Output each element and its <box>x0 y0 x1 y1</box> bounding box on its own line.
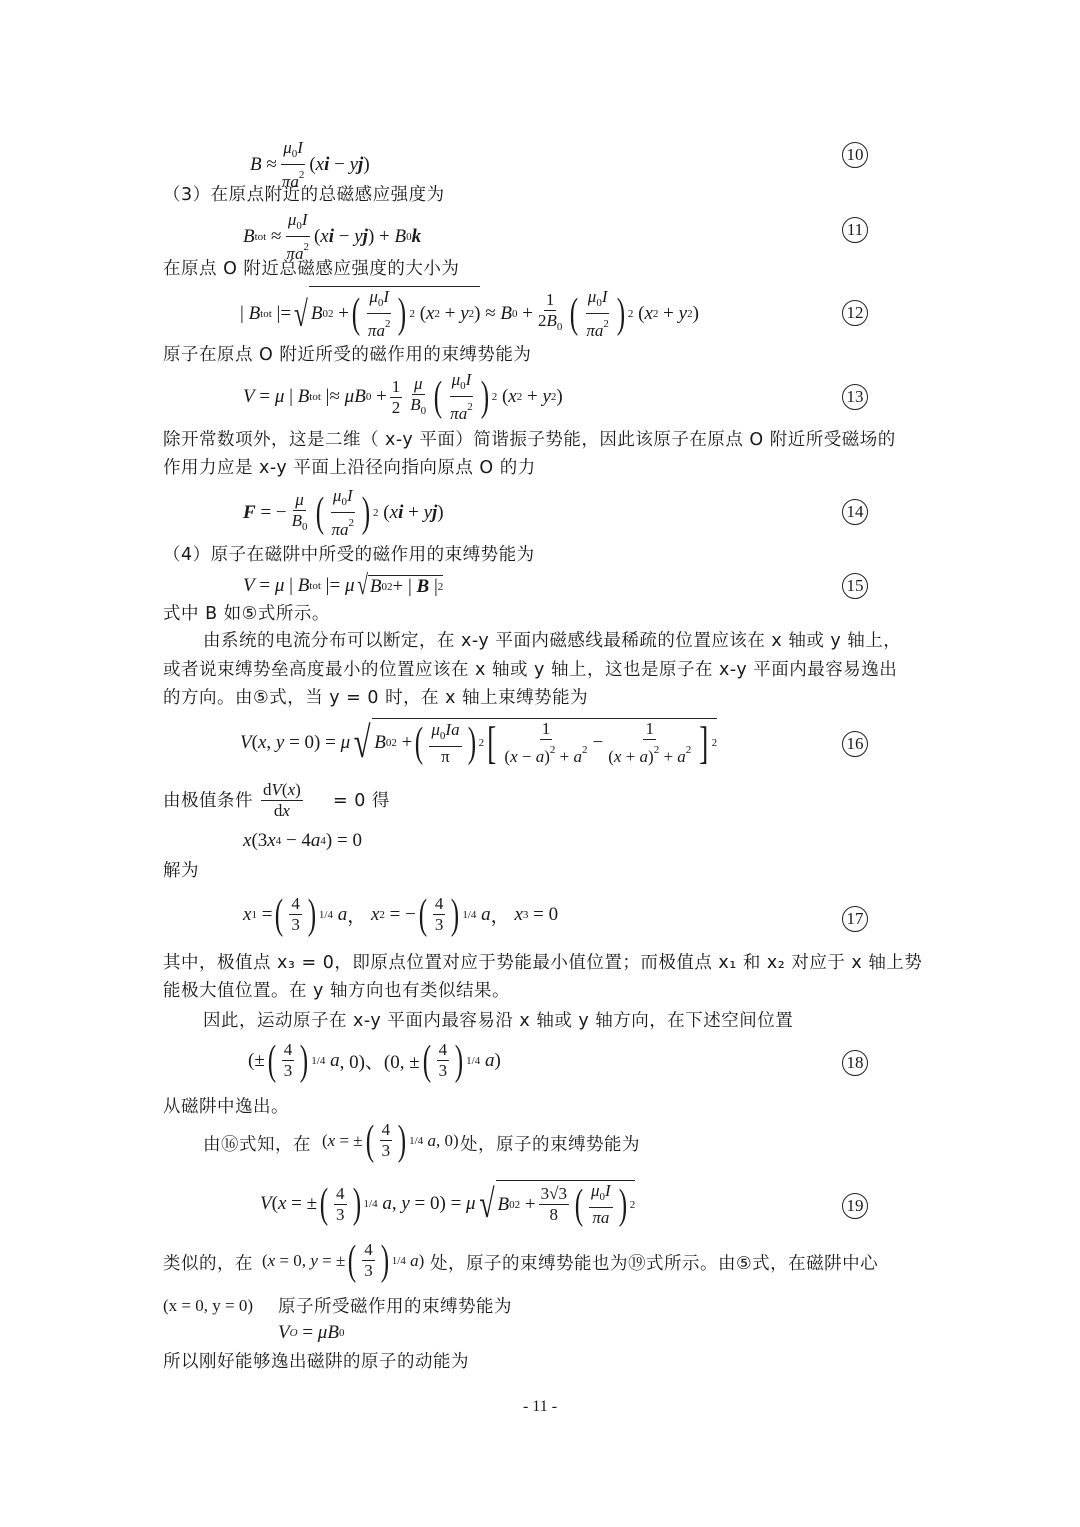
equation-number-19: 19 <box>842 1193 868 1219</box>
equation-19: V(x = ± (43)1/4 a, y = 0) = μ √ B02 + 3√… <box>260 1180 635 1228</box>
equation-17: x1 = (43)1/4 a， x2 = − (43)1/4 a， x3 = 0 <box>243 894 558 935</box>
equation-number-13: 13 <box>842 384 868 410</box>
text-line: 处，原子的束缚势能也为⑲式所示。由⑤式，在磁阱中心 <box>430 1253 878 1275</box>
equation-13: V = μ | Btot |≈ μB0 + 12 μB0 (μ0Iπa2)2 (… <box>243 370 563 424</box>
polynomial-equation: x(3x4 − 4a4) = 0 <box>243 830 362 852</box>
text-line: 由极值条件 <box>163 790 253 812</box>
text-line: 或者说束缚势垒高度最小的位置应该在 x 轴或 y 轴上，这也是原子在 x-y 平… <box>163 659 897 681</box>
equation-number-15: 15 <box>842 573 868 599</box>
inline-position-y: (x = 0, y = ± (43)1/4 a) <box>262 1240 424 1281</box>
equation-12: | Btot |= √ B02 + (μ0Iπa2)2 (x2 + y2) ≈ … <box>240 286 699 341</box>
text-line: 类似的，在 <box>163 1253 253 1275</box>
text-line: 由系统的电流分布可以断定，在 x-y 平面内磁感线最稀疏的位置应该在 x 轴或 … <box>203 630 901 652</box>
center-point: (x = 0, y = 0) <box>163 1296 253 1316</box>
text-line: 其中，极值点 x₃ = 0，即原点位置对应于势能最小值位置；而极值点 x₁ 和 … <box>163 952 922 974</box>
text-line: 从磁阱中逸出。 <box>163 1096 289 1118</box>
text-line: 处，原子的束缚势能为 <box>460 1134 640 1156</box>
text-line: 由⑯式知，在 <box>203 1134 311 1156</box>
text-line: 式中 B 如⑤式所示。 <box>163 603 330 625</box>
text-line: 能极大值位置。在 y 轴方向也有类似结果。 <box>163 980 510 1002</box>
text-line: = 0 得 <box>333 790 390 812</box>
inline-position-x: (x = ± (43)1/4 a, 0) <box>322 1120 459 1161</box>
text-line: 在原点 O 附近总磁感应强度的大小为 <box>163 258 459 280</box>
document-page: B ≈ μ0Iπa2 (xi − yj) 10 （3）在原点附近的总磁感应强度为… <box>0 0 1080 1527</box>
equation-number-12: 12 <box>842 300 868 326</box>
equation-number-10: 10 <box>842 142 868 168</box>
equation-number-17: 17 <box>842 906 868 932</box>
equation-number-18: 18 <box>842 1050 868 1076</box>
text-line: （4）原子在磁阱中所受的磁作用的束缚势能为 <box>163 544 535 566</box>
equation-number-16: 16 <box>842 731 868 757</box>
text-line: 原子在原点 O 附近所受的磁作用的束缚势能为 <box>163 344 531 366</box>
derivative-expression: dV(x)dx <box>258 780 306 821</box>
text-line: 因此，运动原子在 x-y 平面内最容易沿 x 轴或 y 轴方向，在下述空间位置 <box>203 1010 793 1032</box>
text-line: 作用力应是 x-y 平面上沿径向指向原点 O 的力 <box>163 457 536 479</box>
text-line: （3）在原点附近的总磁感应强度为 <box>163 184 445 206</box>
text-line: 的方向。由⑤式，当 y = 0 时，在 x 轴上束缚势能为 <box>163 687 588 709</box>
equation-vo: VO = μB0 <box>278 1322 344 1344</box>
equation-16: V(x, y = 0) = μ √ B02 + (μ0Iaπ)2 [ 1(x −… <box>240 718 717 767</box>
text-line: 解为 <box>163 860 199 882</box>
equation-18: (± (43)1/4 a, 0)、(0, ± (43)1/4 a) <box>248 1040 501 1081</box>
equation-number-14: 14 <box>842 499 868 525</box>
equation-15: V = μ | Btot |= μ √ B02+ | B |2 <box>243 568 443 604</box>
text-line: 除开常数项外，这是二维（ x-y 平面）简谐振子势能，因此该原子在原点 O 附近… <box>163 429 896 451</box>
text-line: 所以刚好能够逸出磁阱的原子的动能为 <box>163 1351 469 1373</box>
equation-number-11: 11 <box>842 217 868 243</box>
text-line: 原子所受磁作用的束缚势能为 <box>278 1296 512 1318</box>
equation-14: F = − μB0 (μ0Iπa2)2 (xi + yj) <box>243 486 444 540</box>
page-number: - 11 - <box>0 1398 1080 1416</box>
equation-11: Btot ≈ μ0Iπa2 (xi − yj) + B0k <box>243 210 421 264</box>
